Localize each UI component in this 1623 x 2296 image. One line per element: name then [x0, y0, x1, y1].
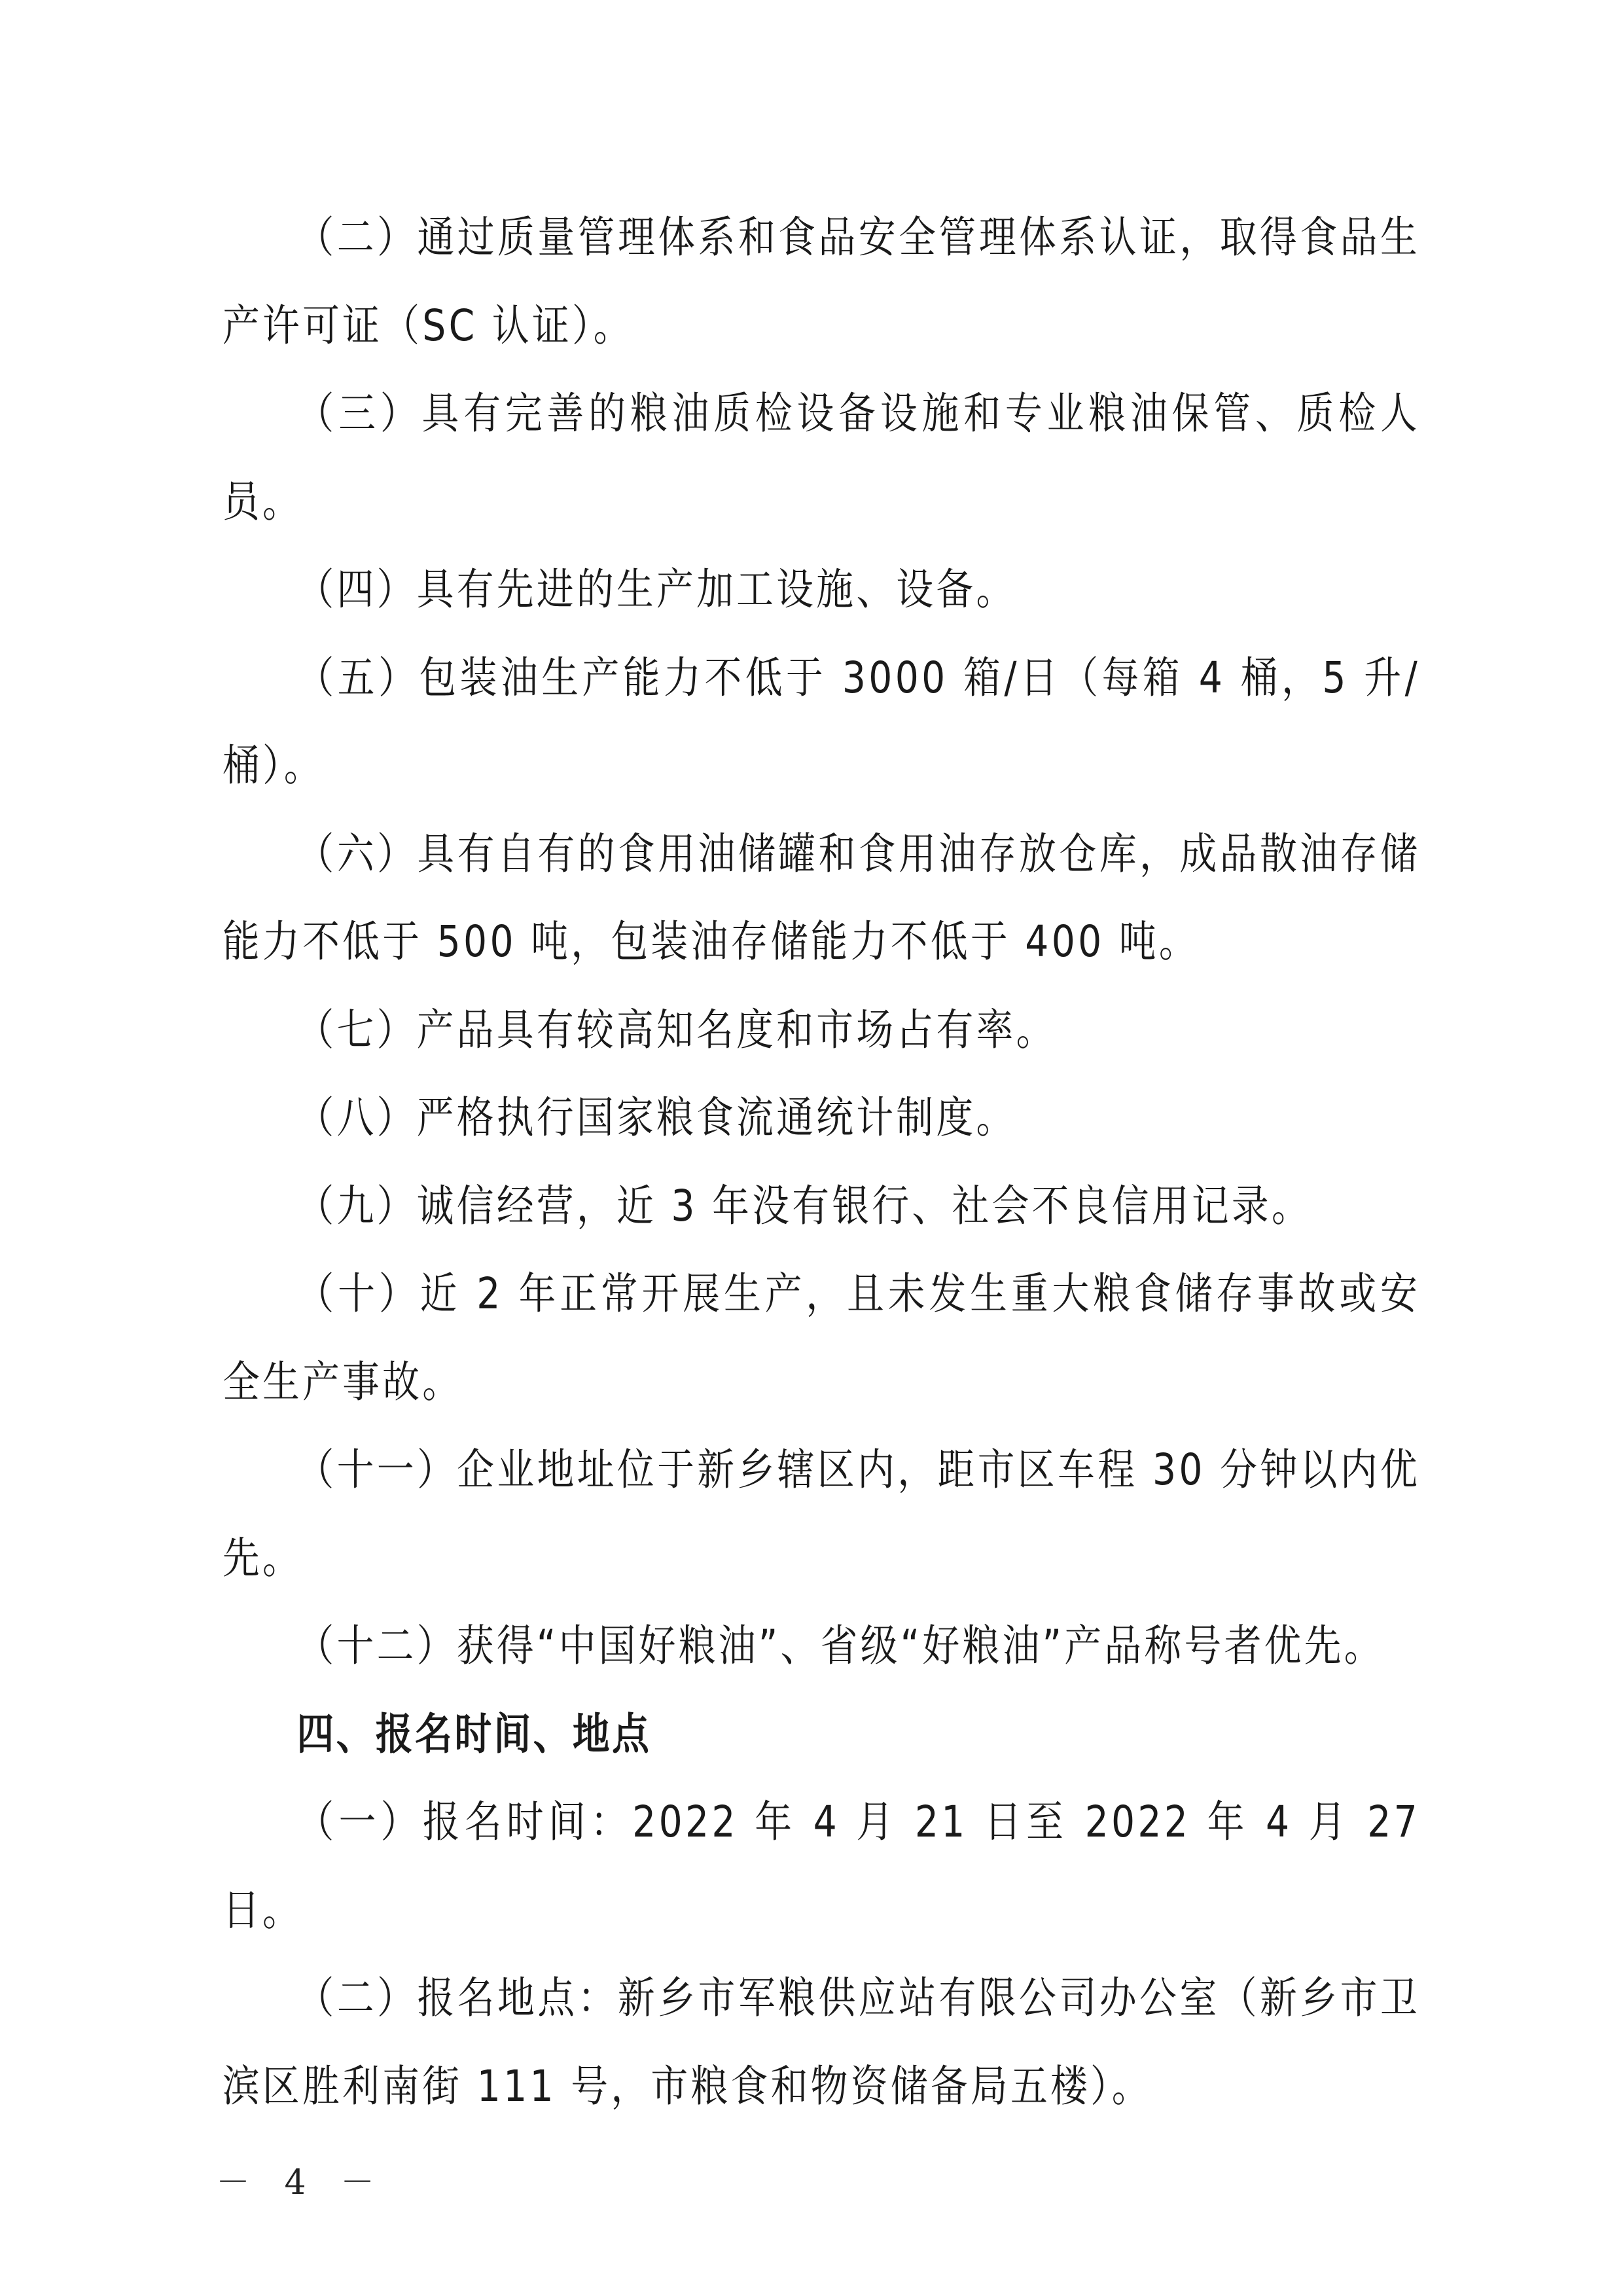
- document-body: （二）通过质量管理体系和食品安全管理体系认证，取得食品生产许可证（SC 认证）。…: [223, 194, 1420, 2130]
- requirement-2: （二）通过质量管理体系和食品安全管理体系认证，取得食品生产许可证（SC 认证）。: [223, 194, 1420, 370]
- requirement-5: （五）包装油生产能力不低于 3000 箱/日（每箱 4 桶，5 升/桶）。: [223, 634, 1420, 810]
- registration-location: （二）报名地点：新乡市军粮供应站有限公司办公室（新乡市卫滨区胜利南街 111 号…: [223, 1954, 1420, 2130]
- requirement-4: （四）具有先进的生产加工设施、设备。: [223, 546, 1420, 634]
- page-number: － 4 －: [216, 2155, 386, 2204]
- requirement-3: （三）具有完善的粮油质检设备设施和专业粮油保管、质检人员。: [223, 370, 1420, 546]
- section-heading-registration: 四、报名时间、地点: [223, 1691, 1420, 1779]
- requirement-11: （十一）企业地址位于新乡辖区内，距市区车程 30 分钟以内优先。: [223, 1426, 1420, 1602]
- requirement-9: （九）诚信经营，近 3 年没有银行、社会不良信用记录。: [223, 1162, 1420, 1251]
- requirement-12: （十二）获得“中国好粮油”、省级“好粮油”产品称号者优先。: [223, 1602, 1420, 1691]
- requirement-8: （八）严格执行国家粮食流通统计制度。: [223, 1074, 1420, 1162]
- requirement-6: （六）具有自有的食用油储罐和食用油存放仓库，成品散油存储能力不低于 500 吨，…: [223, 810, 1420, 986]
- requirement-7: （七）产品具有较高知名度和市场占有率。: [223, 986, 1420, 1075]
- registration-time: （一）报名时间：2022 年 4 月 21 日至 2022 年 4 月 27 日…: [223, 1778, 1420, 1954]
- requirement-10: （十）近 2 年正常开展生产，且未发生重大粮食储存事故或安全生产事故。: [223, 1250, 1420, 1426]
